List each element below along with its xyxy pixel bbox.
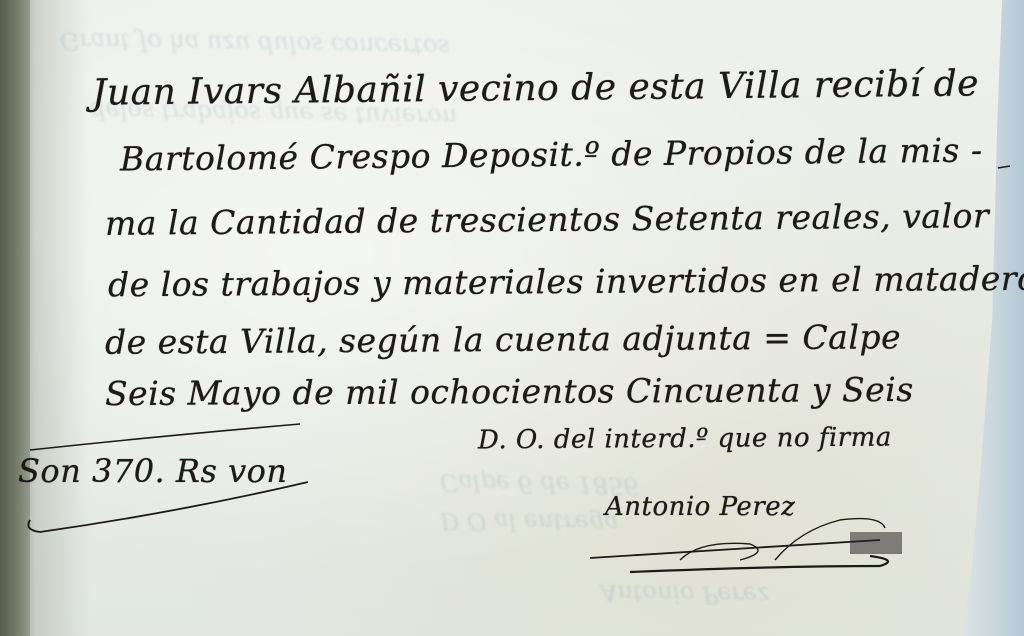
body-line-3: ma la Cantidad de trescientos Setenta re… [105,196,990,243]
attestation-line: D. O. del interd.º que no firma [478,423,892,456]
signature: Antonio Perez [605,492,795,522]
binding-shadow [0,0,90,636]
body-line-5: de esta Villa, según la cuenta adjunta =… [105,317,901,362]
margin-amount: Son 370. Rs von [18,452,288,490]
bleed-through-text: Antonio Perez [600,579,770,610]
body-line-4: de los trabajos y materiales invertidos … [108,259,1024,304]
body-line-6: Seis Mayo de mil ochocientos Cincuenta y… [105,370,914,413]
bleed-through-text: D O al entrega [440,506,619,537]
